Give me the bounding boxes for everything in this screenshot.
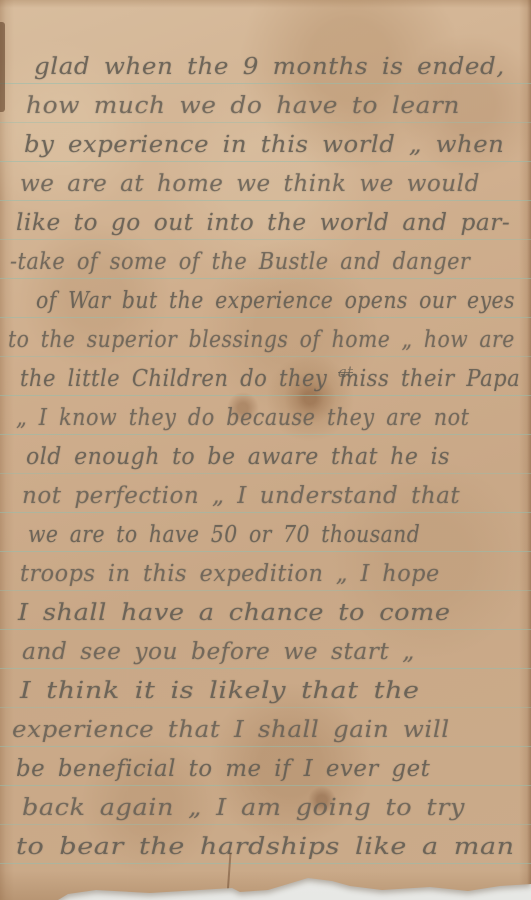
handwriting-line: of War but the experience opens our eyes	[36, 288, 515, 314]
ruled-line	[0, 473, 531, 474]
handwriting-line: old enough to be aware that he is	[26, 444, 450, 470]
ruled-line	[0, 200, 531, 201]
handwriting-line: we are to have 50 or 70 thousand	[28, 522, 420, 548]
ruled-line	[0, 356, 531, 357]
struck-insertion: at	[338, 363, 353, 381]
handwriting-line: „ I know they do because they are not	[16, 405, 469, 431]
handwriting-line: and see you before we start „	[22, 639, 415, 665]
ruled-line	[0, 668, 531, 669]
ruled-line	[0, 434, 531, 435]
scan-background: glad when the 9 months is ended,how much…	[0, 0, 531, 900]
handwriting-line: like to go out into the world and par-	[16, 210, 510, 236]
handwriting-line: to the superior blessings of home „ how …	[8, 327, 515, 353]
handwriting-line: troops in this expedition „ I hope	[20, 561, 440, 587]
ruled-line	[0, 863, 531, 864]
ruled-line	[0, 239, 531, 240]
ruled-line	[0, 278, 531, 279]
handwriting-line: glad when the 9 months is ended,	[34, 54, 505, 80]
handwriting-line: not perfection „ I understand that	[22, 483, 460, 509]
ruled-line	[0, 824, 531, 825]
handwriting-line: I shall have a chance to come	[18, 600, 451, 626]
handwriting-line: I think it is likely that the	[20, 678, 420, 704]
ruled-line	[0, 161, 531, 162]
handwriting-line: to bear the hardships like a man	[16, 834, 515, 860]
handwriting-line: experience that I shall gain will	[12, 717, 450, 743]
ruled-line	[0, 317, 531, 318]
handwriting-line: be beneficial to me if I ever get	[16, 756, 430, 782]
ruled-line	[0, 746, 531, 747]
ruled-line	[0, 512, 531, 513]
ruled-line	[0, 395, 531, 396]
ruled-line	[0, 83, 531, 84]
ruled-line	[0, 707, 531, 708]
ruled-line	[0, 551, 531, 552]
handwriting-line: how much we do have to learn	[26, 93, 460, 119]
handwriting-line: by experience in this world „ when	[24, 132, 504, 158]
handwriting-line: the little Children do they miss their P…	[20, 366, 520, 392]
handwriting-line: -take of some of the Bustle and danger	[10, 249, 470, 275]
ruled-line	[0, 629, 531, 630]
letter-page: glad when the 9 months is ended,how much…	[0, 0, 531, 900]
letter-page-wrap: glad when the 9 months is ended,how much…	[0, 0, 531, 900]
handwriting-line: we are at home we think we would	[20, 171, 480, 197]
ruled-line	[0, 590, 531, 591]
paper-edge-shade	[0, 22, 5, 112]
ruled-line	[0, 122, 531, 123]
handwriting-line: back again „ I am going to try	[22, 795, 465, 821]
ruled-line	[0, 785, 531, 786]
